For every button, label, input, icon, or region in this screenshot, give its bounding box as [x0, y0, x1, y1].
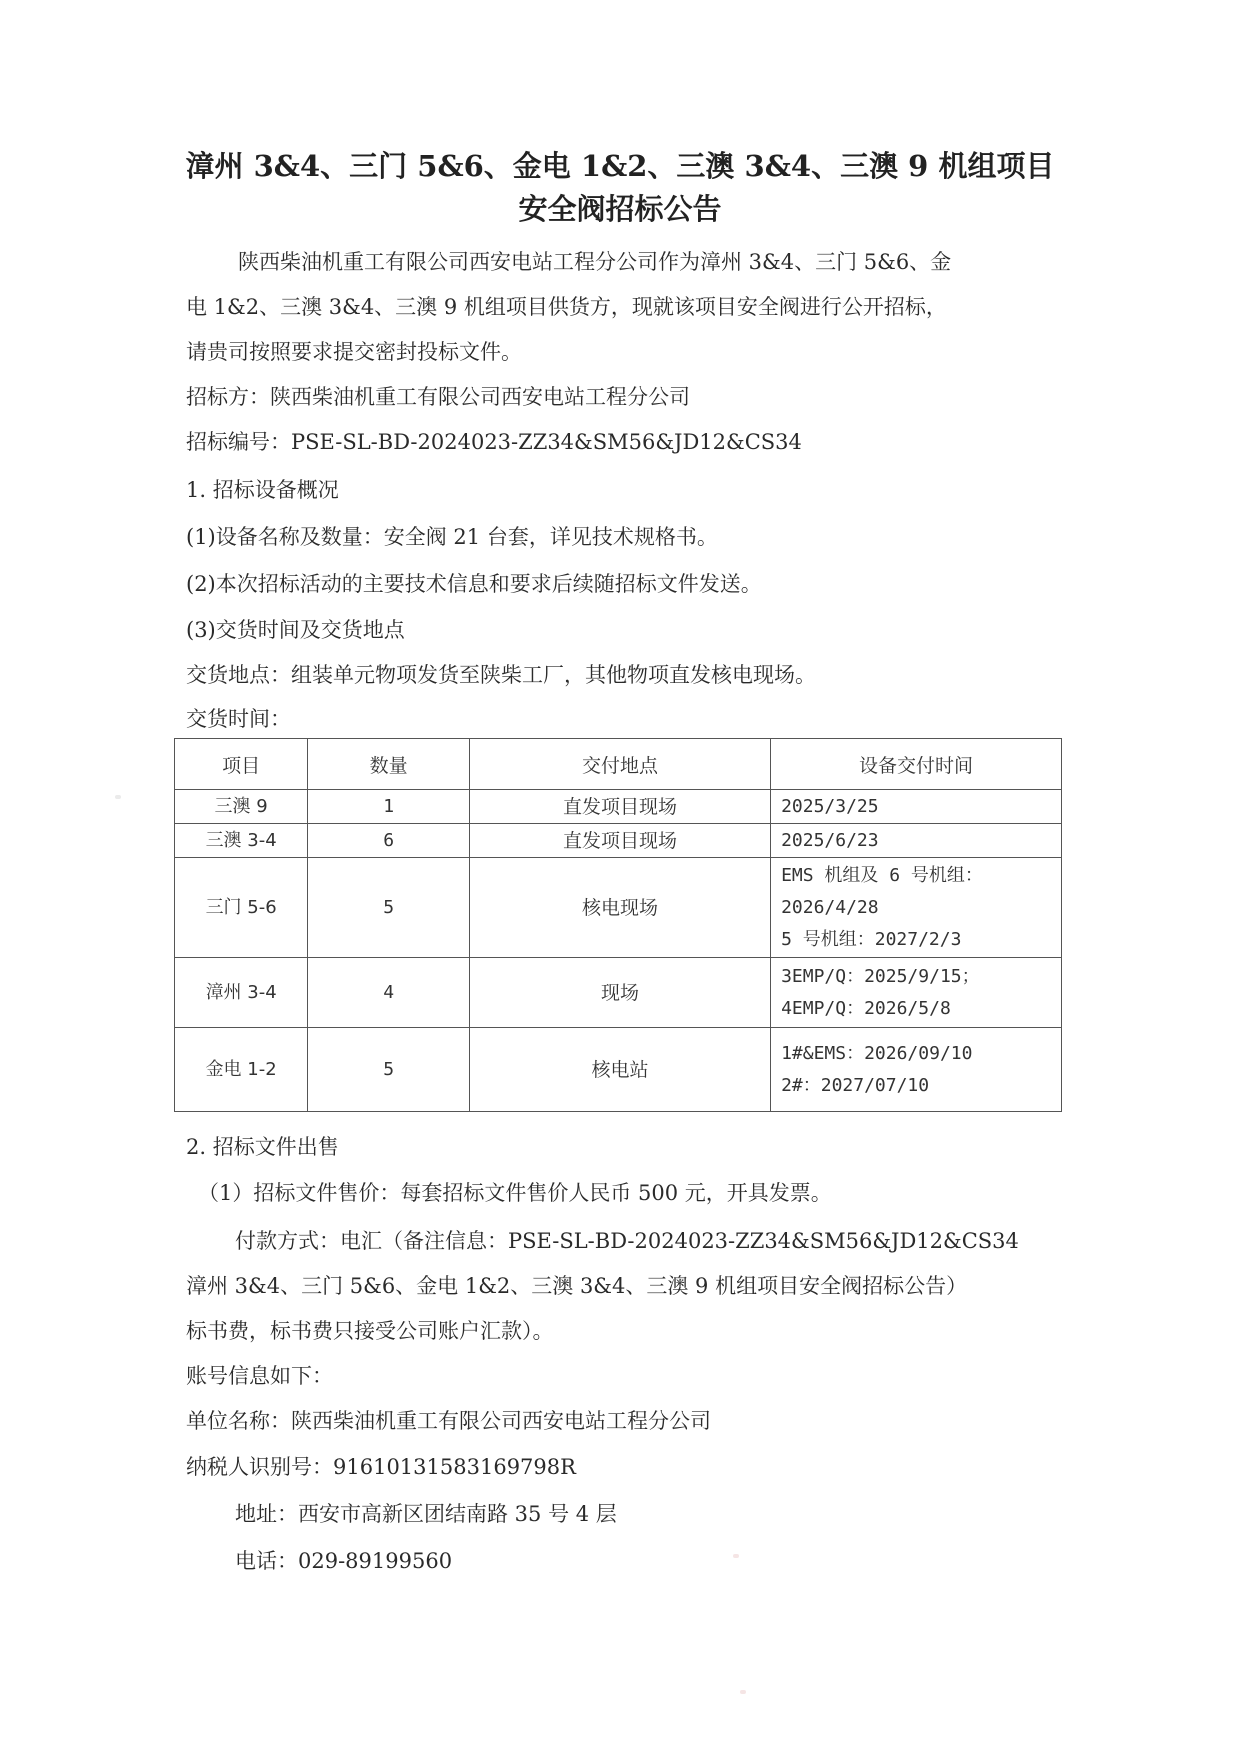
account-company-label: 单位名称： — [186, 1409, 291, 1433]
tender-number-value: PSE-SL-BD-2024023-ZZ34&SM56&JD12&CS34 — [291, 430, 802, 454]
tenderer-label: 招标方： — [186, 385, 270, 409]
cell-time: 1#&EMS：2026/09/10 2#：2027/07/10 — [771, 1028, 1062, 1112]
table-row: 漳州 3-4 4 现场 3EMP/Q：2025/9/15； 4EMP/Q：202… — [175, 958, 1062, 1028]
section1-item2: (2)本次招标活动的主要技术信息和要求后续随招标文件发送。 — [186, 569, 762, 599]
delivery-table: 项目 数量 交付地点 设备交付时间 三澳 9 1 直发项目现场 2025/3/2… — [174, 738, 1062, 1112]
cell-place: 核电现场 — [469, 858, 770, 958]
cell-time: 3EMP/Q：2025/9/15； 4EMP/Q：2026/5/8 — [771, 958, 1062, 1028]
account-tax-value: 91610131583169798R — [333, 1455, 576, 1479]
payment-line3: 标书费，标书费只接受公司账户汇款）。 — [186, 1316, 554, 1346]
document-page: 漳州 3&4、三门 5&6、金电 1&2、三澳 3&4、三澳 9 机组项目 安全… — [0, 0, 1241, 1755]
intro-line3: 请贵司按照要求提交密封投标文件。 — [186, 337, 522, 367]
cell-time-line: EMS 机组及 6 号机组： — [781, 860, 1051, 892]
scan-artifact — [115, 795, 121, 799]
account-address-value: 西安市高新区团结南路 35 号 4 层 — [298, 1502, 617, 1526]
tender-number: 招标编号：PSE-SL-BD-2024023-ZZ34&SM56&JD12&CS… — [186, 427, 802, 457]
cell-project: 漳州 3-4 — [175, 958, 308, 1028]
table-row: 金电 1-2 5 核电站 1#&EMS：2026/09/10 2#：2027/0… — [175, 1028, 1062, 1112]
cell-time-line: 3EMP/Q：2025/9/15； — [781, 961, 1051, 993]
header-project: 项目 — [175, 739, 308, 790]
cell-time-line: 5 号机组：2027/2/3 — [781, 924, 1051, 956]
cell-project: 三门 5-6 — [175, 858, 308, 958]
tender-number-label: 招标编号： — [186, 430, 291, 454]
cell-time: 2025/3/25 — [771, 790, 1062, 824]
cell-place: 核电站 — [469, 1028, 770, 1112]
tenderer-value: 陕西柴油机重工有限公司西安电站工程分公司 — [270, 385, 690, 409]
document-title-line2: 安全阀招标公告 — [150, 189, 1090, 229]
document-title-line1: 漳州 3&4、三门 5&6、金电 1&2、三澳 3&4、三澳 9 机组项目 — [150, 146, 1090, 186]
account-tax-label: 纳税人识别号： — [186, 1455, 333, 1479]
cell-time: EMS 机组及 6 号机组： 2026/4/28 5 号机组：2027/2/3 — [771, 858, 1062, 958]
cell-time-line: 2026/4/28 — [781, 892, 1051, 924]
cell-time-line: 4EMP/Q：2026/5/8 — [781, 993, 1051, 1025]
section2-item1: （1）招标文件售价：每套招标文件售价人民币 500 元，开具发票。 — [198, 1178, 832, 1208]
table-row: 三澳 3-4 6 直发项目现场 2025/6/23 — [175, 824, 1062, 858]
delivery-time-label: 交货时间： — [186, 704, 291, 734]
table-header-row: 项目 数量 交付地点 设备交付时间 — [175, 739, 1062, 790]
account-heading: 账号信息如下： — [186, 1361, 333, 1391]
cell-time-line: 1#&EMS：2026/09/10 — [781, 1038, 1051, 1070]
scan-artifact — [740, 1690, 746, 1694]
account-phone: 电话：029-89199560 — [235, 1546, 452, 1576]
cell-quantity: 6 — [308, 824, 470, 858]
cell-time-line: 2#：2027/07/10 — [781, 1070, 1051, 1102]
header-quantity: 数量 — [308, 739, 470, 790]
section2-heading: 2. 招标文件出售 — [186, 1132, 339, 1162]
header-delivery-time: 设备交付时间 — [771, 739, 1062, 790]
delivery-place: 交货地点：组装单元物项发货至陕柴工厂，其他物项直发核电现场。 — [186, 660, 816, 690]
cell-quantity: 4 — [308, 958, 470, 1028]
cell-project: 三澳 3-4 — [175, 824, 308, 858]
cell-place: 直发项目现场 — [469, 824, 770, 858]
payment-line2: 漳州 3&4、三门 5&6、金电 1&2、三澳 3&4、三澳 9 机组项目安全阀… — [186, 1271, 967, 1301]
account-company: 单位名称：陕西柴油机重工有限公司西安电站工程分公司 — [186, 1406, 711, 1436]
cell-project: 三澳 9 — [175, 790, 308, 824]
scan-artifact — [733, 1554, 739, 1558]
cell-time-line: 2025/3/25 — [781, 791, 1051, 823]
section1-item1: (1)设备名称及数量：安全阀 21 台套，详见技术规格书。 — [186, 522, 718, 552]
account-address-label: 地址： — [235, 1502, 298, 1526]
cell-quantity: 1 — [308, 790, 470, 824]
cell-place: 直发项目现场 — [469, 790, 770, 824]
table-row: 三门 5-6 5 核电现场 EMS 机组及 6 号机组： 2026/4/28 5… — [175, 858, 1062, 958]
cell-project: 金电 1-2 — [175, 1028, 308, 1112]
section1-item3: (3)交货时间及交货地点 — [186, 615, 405, 645]
account-company-value: 陕西柴油机重工有限公司西安电站工程分公司 — [291, 1409, 711, 1433]
intro-line1: 陕西柴油机重工有限公司西安电站工程分公司作为漳州 3&4、三门 5&6、金 — [238, 247, 951, 277]
table-row: 三澳 9 1 直发项目现场 2025/3/25 — [175, 790, 1062, 824]
account-phone-label: 电话： — [235, 1549, 298, 1573]
cell-quantity: 5 — [308, 1028, 470, 1112]
cell-quantity: 5 — [308, 858, 470, 958]
tenderer: 招标方：陕西柴油机重工有限公司西安电站工程分公司 — [186, 382, 690, 412]
cell-time: 2025/6/23 — [771, 824, 1062, 858]
cell-time-line: 2025/6/23 — [781, 825, 1051, 857]
account-phone-value: 029-89199560 — [298, 1549, 452, 1573]
section1-heading: 1. 招标设备概况 — [186, 475, 339, 505]
account-tax-id: 纳税人识别号：91610131583169798R — [186, 1452, 576, 1482]
payment-line1: 付款方式：电汇（备注信息：PSE-SL-BD-2024023-ZZ34&SM56… — [235, 1226, 1019, 1256]
header-delivery-place: 交付地点 — [469, 739, 770, 790]
account-address: 地址：西安市高新区团结南路 35 号 4 层 — [235, 1499, 617, 1529]
intro-line2: 电 1&2、三澳 3&4、三澳 9 机组项目供货方，现就该项目安全阀进行公开招标… — [186, 292, 947, 322]
cell-place: 现场 — [469, 958, 770, 1028]
